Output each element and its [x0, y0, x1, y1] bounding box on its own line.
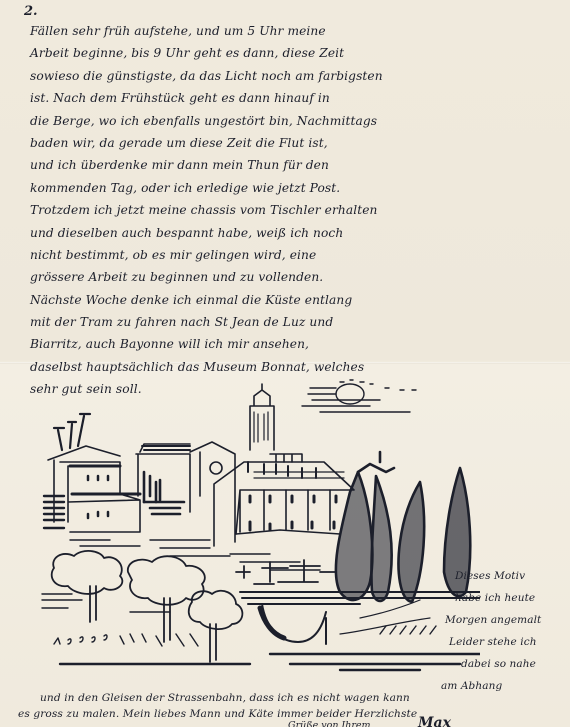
grass-marks [54, 634, 198, 646]
river [60, 600, 480, 670]
sun-icon [302, 380, 416, 412]
letter-line: Nächste Woche denke ich einmal die Küste… [30, 289, 550, 311]
letter-page: 2. Fällen sehr früh aufstehe, und um 5 U… [0, 0, 570, 727]
closing-greeting: Grüße von Ihrem [288, 720, 371, 727]
page-number: 2. [24, 4, 38, 19]
letter-line: sowieso die günstigste, da das Licht noc… [30, 65, 550, 87]
church-house [136, 442, 235, 542]
letter-line: mit der Tram zu fahren nach St Jean de L… [30, 311, 550, 333]
letter-line: die Berge, wo ich ebenfalls ungestört bi… [30, 110, 550, 132]
letter-line: Trotzdem ich jetzt meine chassis vom Tis… [30, 199, 550, 221]
side-note-line: Leider stehe ich [449, 631, 570, 653]
chimneys [54, 414, 90, 450]
letter-line: nicht bestimmt, ob es mir gelingen wird,… [30, 244, 550, 266]
landscape-sketch [40, 372, 480, 672]
church-tower [250, 384, 302, 462]
letter-line: ist. Nach dem Frühstück geht es dann hin… [30, 87, 550, 109]
left-houses [44, 446, 140, 532]
letter-line: baden wir, da gerade um diese Zeit die F… [30, 132, 550, 154]
side-note-line: habe ich heute [455, 587, 570, 609]
letter-line: Arbeit beginne, bis 9 Uhr geht es dann, … [30, 42, 550, 64]
letter-line: kommenden Tag, oder ich erledige wie jet… [30, 177, 550, 199]
letter-line: grössere Arbeit zu beginnen und zu volle… [30, 266, 550, 288]
round-trees [52, 551, 243, 662]
letter-body: Fällen sehr früh aufstehe, und um 5 Uhr … [30, 20, 550, 401]
side-note-line: dabei so nahe [461, 653, 570, 675]
letter-line: Biarritz, auch Bayonne will ich mir anse… [30, 333, 550, 355]
closing-line: und in den Gleisen der Strassenbahn, das… [40, 690, 570, 706]
cypress-trees [336, 452, 470, 602]
letter-line: Fällen sehr früh aufstehe, und um 5 Uhr … [30, 20, 550, 42]
letter-line: und dieselben auch bespannt habe, weiß i… [30, 222, 550, 244]
letter-line: und ich überdenke mir dann mein Thun für… [30, 154, 550, 176]
village-details [236, 560, 336, 584]
side-note-line: Morgen angemalt [445, 609, 570, 631]
side-note-line: Dieses Motiv [455, 565, 570, 587]
letter-closing: und in den Gleisen der Strassenbahn, das… [18, 690, 570, 722]
sketch-side-note: Dieses Motiv habe ich heute Morgen angem… [455, 565, 570, 697]
signature: Max [418, 715, 451, 727]
